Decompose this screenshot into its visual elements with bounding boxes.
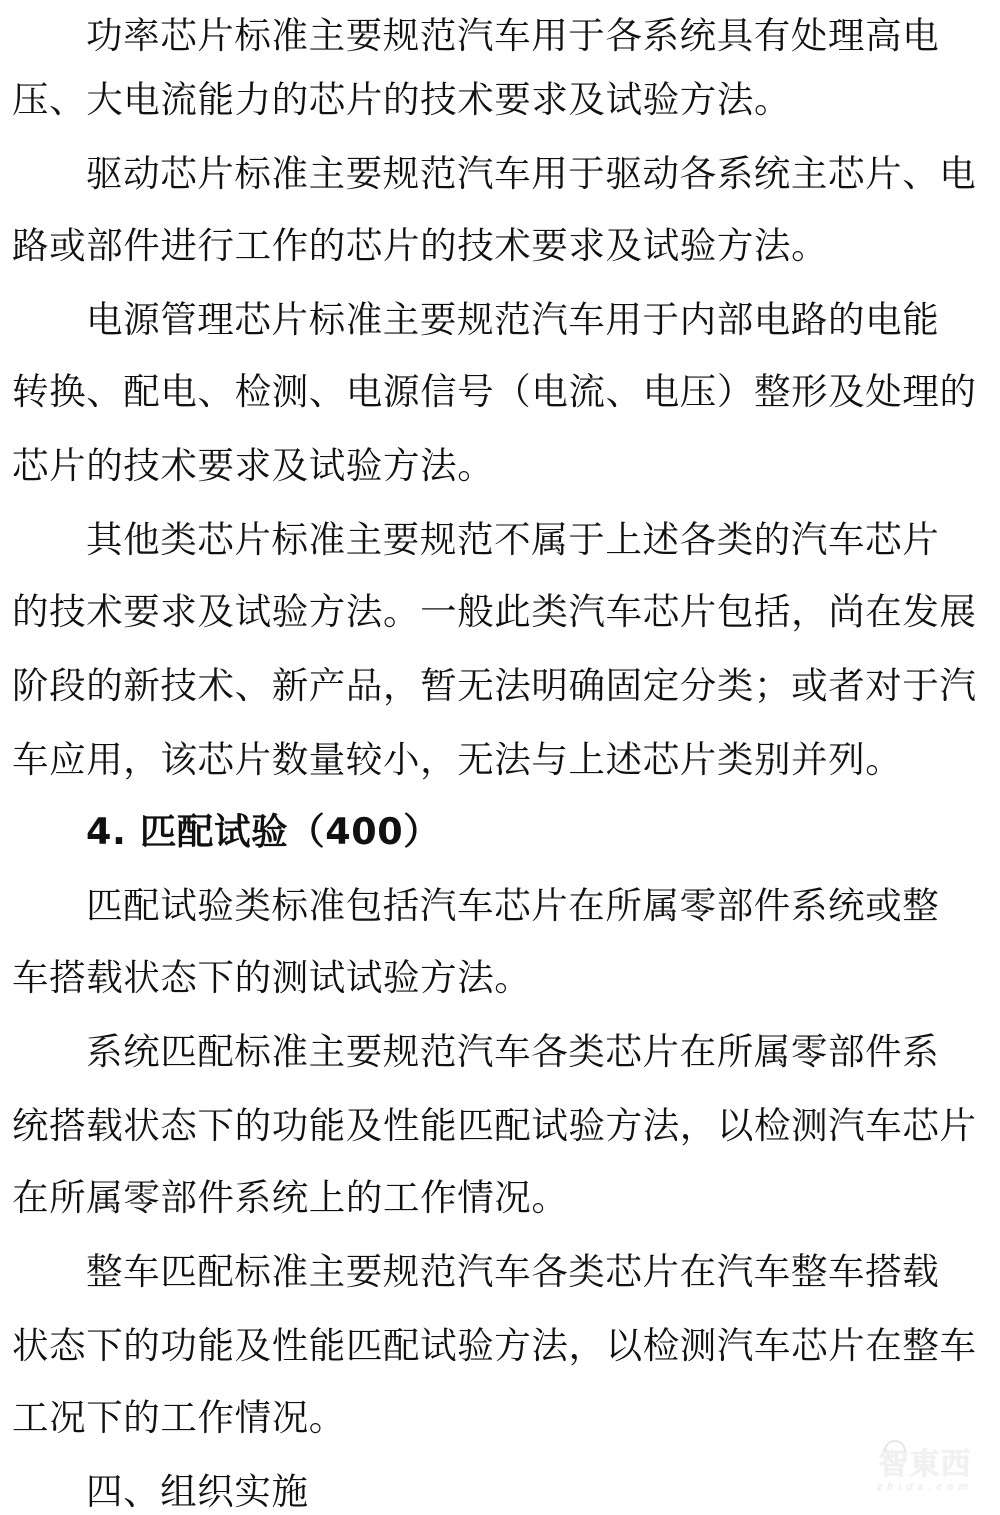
- chapter-heading: 四、组织实施: [86, 1464, 309, 1515]
- paragraph-line: 状态下的功能及性能匹配试验方法，以检测汽车芯片在整车: [12, 1318, 977, 1374]
- section-heading: 4. 匹配试验（400）: [86, 804, 440, 860]
- watermark-text: 智東西: [862, 1448, 988, 1482]
- paragraph-line: 系统匹配标准主要规范汽车各类芯片在所属零部件系: [86, 1024, 939, 1080]
- paragraph-line: 阶段的新技术、新产品，暂无法明确固定分类；或者对于汽: [12, 658, 977, 714]
- paragraph-line: 匹配试验类标准包括汽车芯片在所属零部件系统或整: [86, 878, 939, 934]
- paragraph-line: 其他类芯片标准主要规范不属于上述各类的汽车芯片: [86, 512, 939, 568]
- paragraph-line: 在所属零部件系统上的工作情况。: [12, 1170, 569, 1226]
- watermark-logo: 智東西 zhidx.com: [862, 1448, 988, 1498]
- paragraph-line: 工况下的工作情况。: [12, 1390, 346, 1446]
- paragraph-line: 统搭载状态下的功能及性能匹配试验方法，以检测汽车芯片: [12, 1098, 977, 1154]
- paragraph-line: 压、大电流能力的芯片的技术要求及试验方法。: [12, 72, 791, 128]
- paragraph-line: 转换、配电、检测、电源信号（电流、电压）整形及处理的: [12, 364, 977, 420]
- paragraph-line: 芯片的技术要求及试验方法。: [12, 438, 494, 494]
- paragraph-line: 功率芯片标准主要规范汽车用于各系统具有处理高电: [86, 8, 939, 64]
- paragraph-line: 驱动芯片标准主要规范汽车用于驱动各系统主芯片、电: [86, 146, 976, 202]
- paragraph-line: 车应用，该芯片数量较小，无法与上述芯片类别并列。: [12, 732, 902, 788]
- paragraph-line: 的技术要求及试验方法。一般此类汽车芯片包括，尚在发展: [12, 584, 977, 640]
- paragraph-line: 车搭载状态下的测试试验方法。: [12, 950, 531, 1006]
- signal-icon: [884, 1440, 906, 1452]
- paragraph-line: 整车匹配标准主要规范汽车各类芯片在汽车整车搭载: [86, 1244, 939, 1300]
- watermark-url: zhidx.com: [862, 1482, 988, 1494]
- paragraph-line: 路或部件进行工作的芯片的技术要求及试验方法。: [12, 218, 828, 274]
- paragraph-line: 电源管理芯片标准主要规范汽车用于内部电路的电能: [86, 292, 939, 348]
